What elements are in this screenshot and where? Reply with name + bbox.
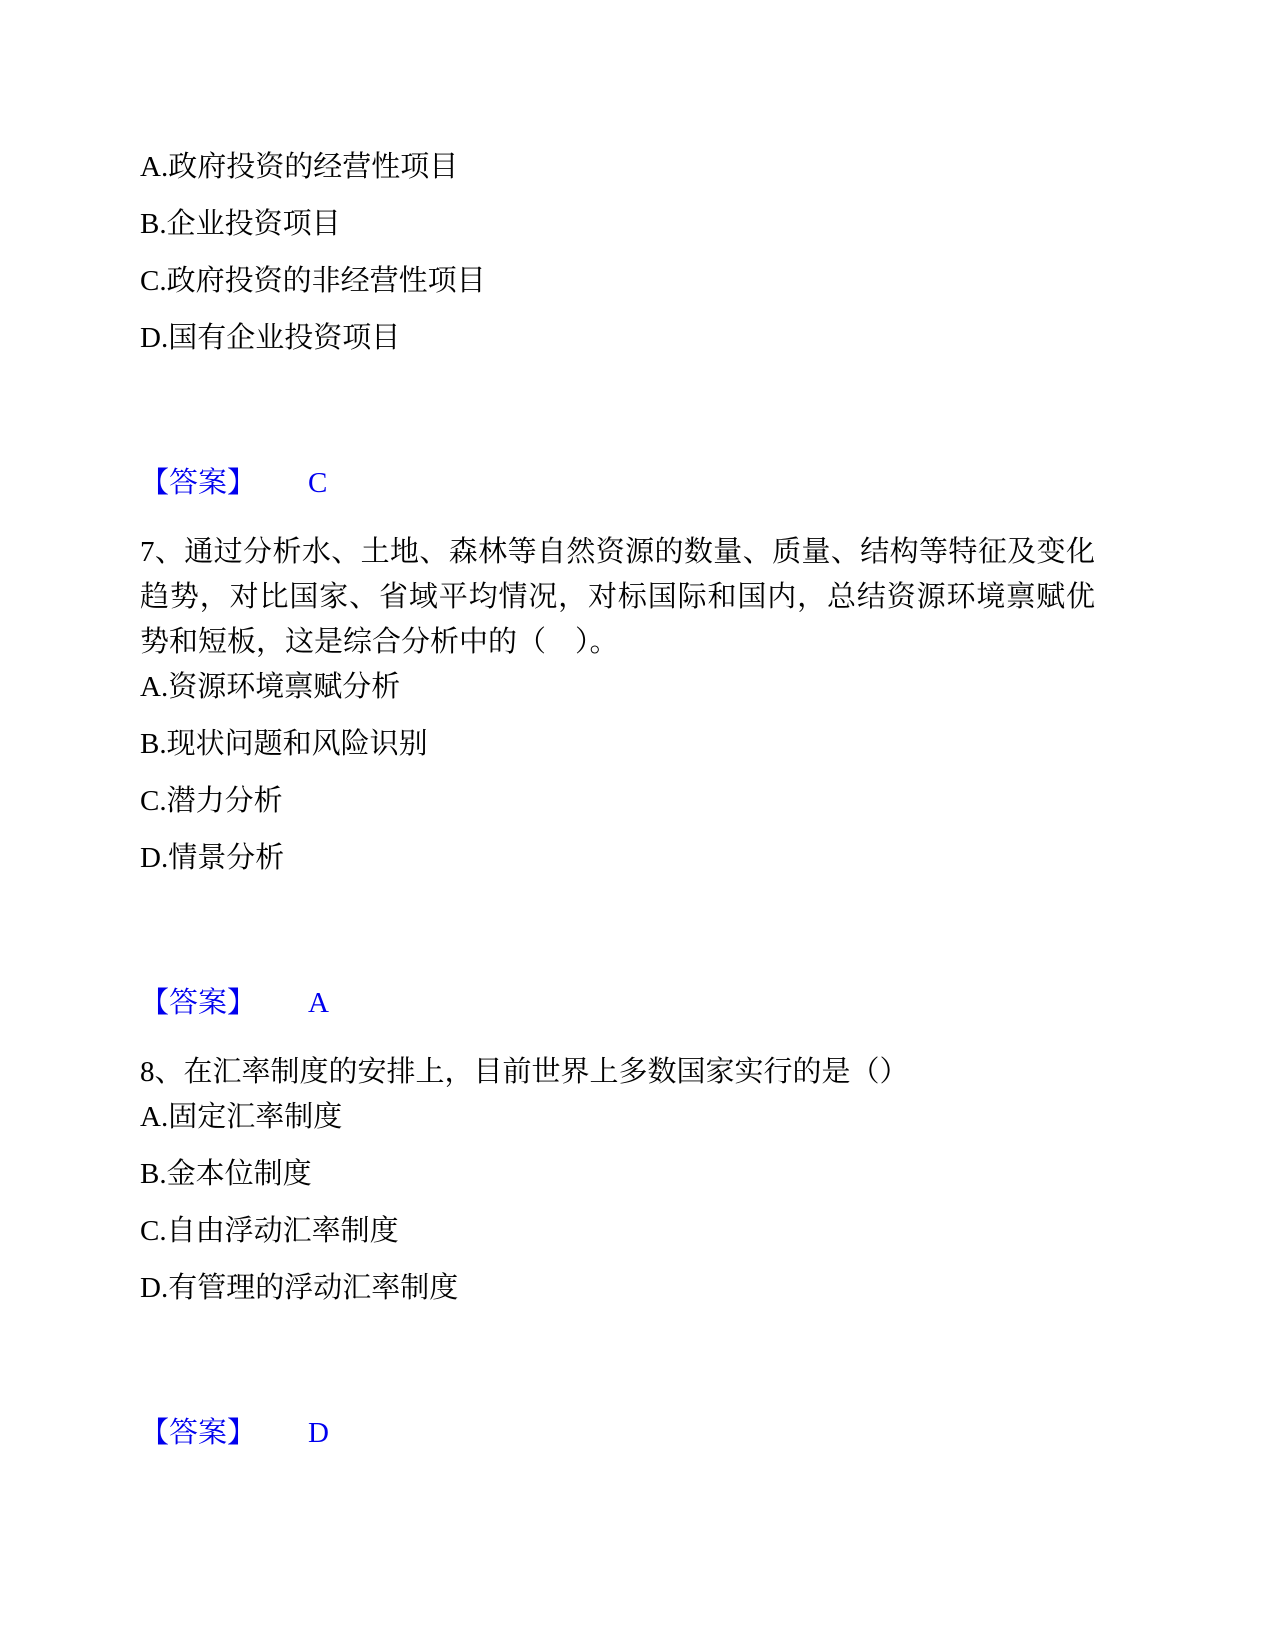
option-c: C.政府投资的非经营性项目 bbox=[140, 259, 1095, 304]
option-a: A.固定汇率制度 bbox=[140, 1095, 1095, 1140]
option-d: D.情景分析 bbox=[140, 836, 1095, 881]
answer-label: 【答案】 bbox=[140, 1417, 256, 1449]
answer-line: 【答案】A bbox=[140, 981, 1095, 1026]
answer-value: D bbox=[308, 1411, 329, 1456]
answer-value: A bbox=[308, 981, 329, 1026]
option-c: C.潜力分析 bbox=[140, 779, 1095, 824]
exam-document-page: A.政府投资的经营性项目 B.企业投资项目 C.政府投资的非经营性项目 D.国有… bbox=[0, 0, 1275, 1650]
answer-value: C bbox=[308, 461, 327, 506]
option-b: B.企业投资项目 bbox=[140, 202, 1095, 247]
answer-label: 【答案】 bbox=[140, 467, 256, 499]
question-block-7: 7、通过分析水、土地、森林等自然资源的数量、质量、结构等特征及变化趋势，对比国家… bbox=[140, 530, 1095, 1026]
answer-line: 【答案】D bbox=[140, 1411, 1095, 1456]
answer-label: 【答案】 bbox=[140, 987, 256, 1019]
question-stem: 7、通过分析水、土地、森林等自然资源的数量、质量、结构等特征及变化趋势，对比国家… bbox=[140, 530, 1095, 665]
option-a: A.政府投资的经营性项目 bbox=[140, 145, 1095, 190]
option-b: B.现状问题和风险识别 bbox=[140, 722, 1095, 767]
option-b: B.金本位制度 bbox=[140, 1152, 1095, 1197]
option-d: D.国有企业投资项目 bbox=[140, 316, 1095, 361]
question-block-6: A.政府投资的经营性项目 B.企业投资项目 C.政府投资的非经营性项目 D.国有… bbox=[140, 145, 1095, 506]
question-block-8: 8、在汇率制度的安排上，目前世界上多数国家实行的是（） A.固定汇率制度 B.金… bbox=[140, 1050, 1095, 1456]
answer-line: 【答案】C bbox=[140, 461, 1095, 506]
option-a: A.资源环境禀赋分析 bbox=[140, 665, 1095, 710]
question-stem: 8、在汇率制度的安排上，目前世界上多数国家实行的是（） bbox=[140, 1050, 1095, 1095]
option-c: C.自由浮动汇率制度 bbox=[140, 1209, 1095, 1254]
option-d: D.有管理的浮动汇率制度 bbox=[140, 1266, 1095, 1311]
